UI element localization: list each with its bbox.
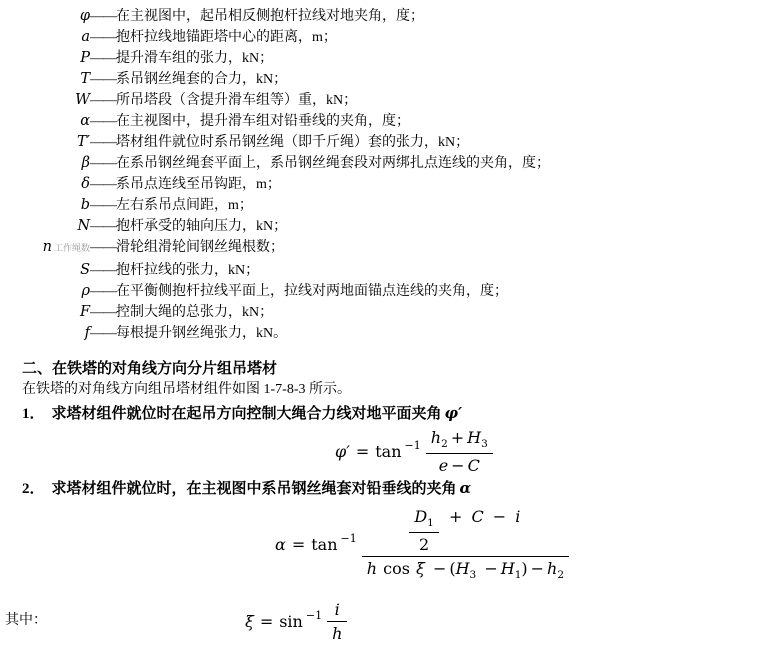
definition-row-beta: β——在系吊钢丝绳套平面上，系吊钢丝绳套段对两绑扎点连线的夹角，度； (5, 153, 774, 174)
dash: —— (90, 48, 116, 69)
definition-text: 抱杆拉线的张力，kN； (116, 260, 259, 281)
dash: —— (90, 174, 116, 195)
f2-denominator: h cos ξ −(H3 −H1)−h2 (362, 556, 569, 582)
math-symbol: f (5, 323, 90, 344)
subsection-1-symbol: φ′ (445, 404, 463, 422)
f3-equals: = (260, 612, 273, 631)
f3-exponent: −1 (306, 609, 322, 622)
math-symbol: δ (5, 174, 90, 195)
definition-row-T: T——系吊钢丝绳套的合力，kN； (5, 69, 774, 90)
dash: —— (90, 323, 116, 344)
definition-row-T-prime: T′——塔材组件就位时系吊钢丝绳（即千斤绳）套的张力，kN； (5, 132, 774, 153)
definition-row-n: n工作绳数——滑轮组滑轮间钢丝绳根数； (5, 237, 774, 260)
definition-text: 所吊塔段（含提升滑车组等）重，kN； (116, 90, 357, 111)
formula-phi-prime: φ′ = tan −1 h2+H3 e−C (335, 428, 774, 475)
subsection-2-number: 2． (22, 481, 45, 497)
f3-numerator: i (327, 600, 347, 621)
math-symbol: T′ (5, 132, 90, 153)
definition-text: 在系吊钢丝绳套平面上，系吊钢丝绳套段对两绑扎点连线的夹角，度； (116, 153, 550, 174)
math-symbol: W (5, 90, 90, 111)
symbol-definition-list: φ——在主视图中，起吊相反侧抱杆拉线对地夹角，度； a——抱杆拉线地锚距塔中心的… (5, 6, 774, 344)
formula-alpha: α = tan −1 D1 2 + C − i h cos ξ (275, 507, 774, 582)
dash: —— (90, 195, 116, 216)
subsection-2-symbol: α (460, 479, 472, 497)
math-symbol: b (5, 195, 90, 216)
definition-row-b: b——左右系吊点间距，m； (5, 195, 774, 216)
definition-text: 在主视图中，起吊相反侧抱杆拉线对地夹角，度； (116, 6, 424, 27)
f1-fraction: h2+H3 e−C (426, 428, 493, 475)
definition-row-alpha: α——在主视图中，提升滑车组对铅垂线的夹角，度； (5, 111, 774, 132)
f2-lhs: α (275, 535, 286, 554)
dash: —— (90, 237, 116, 258)
definition-text: 系吊点连线至吊钩距，m； (116, 174, 281, 195)
f1-lhs: φ′ (335, 442, 350, 461)
subsection-1-heading: 1．求塔材组件就位时在起吊方向控制大绳合力线对地平面夹角φ′ (22, 403, 774, 424)
definition-row-S: S——抱杆拉线的张力，kN； (5, 260, 774, 281)
where-label: 其中： (5, 611, 47, 631)
dash: —— (90, 111, 116, 132)
f2-numerator: D1 2 + C − i (362, 507, 569, 556)
dash: —— (90, 90, 116, 111)
definition-row-a: a——抱杆拉线地锚距塔中心的距离，m； (5, 27, 774, 48)
f3-denominator: h (327, 621, 347, 643)
math-symbol: T (5, 69, 90, 90)
where-row: 其中： ξ = sin −1 i h (5, 600, 774, 643)
definition-text: 左右系吊点间距，m； (116, 195, 253, 216)
math-symbol: F (5, 302, 90, 323)
f1-equals: = (356, 442, 369, 461)
f3-function: sin (279, 612, 303, 631)
f2-exponent: −1 (341, 532, 357, 545)
f1-denominator: e−C (426, 453, 493, 475)
f2-equals: = (292, 535, 305, 554)
definition-row-phi: φ——在主视图中，起吊相反侧抱杆拉线对地夹角，度； (5, 6, 774, 27)
dash: —— (90, 260, 116, 281)
f3-lhs: ξ (245, 612, 254, 631)
definition-row-rho: ρ——在平衡侧抱杆拉线平面上，拉线对两地面锚点连线的夹角，度； (5, 281, 774, 302)
math-symbol: N (5, 216, 90, 237)
definition-text: 塔材组件就位时系吊钢丝绳（即千斤绳）套的张力，kN； (116, 132, 469, 153)
math-symbol: a (5, 27, 90, 48)
f2-inner-fraction: D1 2 (409, 507, 439, 554)
definition-text: 提升滑车组的张力，kN； (116, 48, 273, 69)
section-heading: 二、在铁塔的对角线方向分片组吊塔材 (22, 359, 774, 379)
definition-text: 系吊钢丝绳套的合力，kN； (116, 69, 287, 90)
formula-xi: ξ = sin −1 i h (245, 600, 347, 643)
dash: —— (90, 27, 116, 48)
f3-fraction: i h (327, 600, 347, 643)
definition-text: 在平衡侧抱杆拉线平面上，拉线对两地面锚点连线的夹角，度； (116, 281, 508, 302)
definition-row-P: P——提升滑车组的张力，kN； (5, 48, 774, 69)
math-symbol: S (5, 260, 90, 281)
symbol-subscript: 工作绳数 (54, 244, 90, 254)
f2-function: tan (311, 535, 337, 554)
f1-exponent: −1 (405, 439, 421, 452)
definition-row-delta: δ——系吊点连线至吊钩距，m； (5, 174, 774, 195)
dash: —— (90, 6, 116, 27)
dash: —— (90, 69, 116, 90)
definition-row-f: f——每根提升钢丝绳张力，kN。 (5, 323, 774, 344)
f2-fraction: D1 2 + C − i h cos ξ −(H3 −H1)−h2 (362, 507, 569, 582)
subsection-2-heading: 2．求塔材组件就位时，在主视图中系吊钢丝绳套对铅垂线的夹角α (22, 478, 774, 499)
definition-text: 每根提升钢丝绳张力，kN。 (116, 323, 287, 344)
definition-text: 抱杆拉线地锚距塔中心的距离，m； (116, 27, 337, 48)
subsection-2-text: 求塔材组件就位时，在主视图中系吊钢丝绳套对铅垂线的夹角 (52, 481, 457, 497)
definition-row-F: F——控制大绳的总张力，kN； (5, 302, 774, 323)
definition-text: 滑轮组滑轮间钢丝绳根数； (116, 237, 284, 258)
definition-row-N: N——抱杆承受的轴向压力，kN； (5, 216, 774, 237)
dash: —— (90, 281, 116, 302)
dash: —— (90, 216, 116, 237)
math-symbol: ρ (5, 281, 90, 302)
math-symbol: φ (5, 6, 90, 27)
dash: —— (90, 132, 116, 153)
document-page: φ——在主视图中，起吊相反侧抱杆拉线对地夹角，度； a——抱杆拉线地锚距塔中心的… (0, 0, 774, 645)
definition-text: 控制大绳的总张力，kN； (116, 302, 273, 323)
dash: —— (90, 302, 116, 323)
f1-function: tan (375, 442, 401, 461)
definition-text: 在主视图中，提升滑车组对铅垂线的夹角，度； (116, 111, 410, 132)
subsection-1-text: 求塔材组件就位时在起吊方向控制大绳合力线对地平面夹角 (52, 406, 442, 422)
math-symbol: β (5, 153, 90, 174)
f1-numerator: h2+H3 (426, 428, 493, 453)
subsection-1-number: 1． (22, 406, 45, 422)
definition-row-W: W——所吊塔段（含提升滑车组等）重，kN； (5, 90, 774, 111)
section-intro: 在铁塔的对角线方向组吊塔材组件如图 1-7-8-3 所示。 (22, 380, 774, 400)
definition-text: 抱杆承受的轴向压力，kN； (116, 216, 287, 237)
math-symbol: n工作绳数 (5, 237, 90, 260)
math-symbol: P (5, 48, 90, 69)
dash: —— (90, 153, 116, 174)
math-symbol: α (5, 111, 90, 132)
